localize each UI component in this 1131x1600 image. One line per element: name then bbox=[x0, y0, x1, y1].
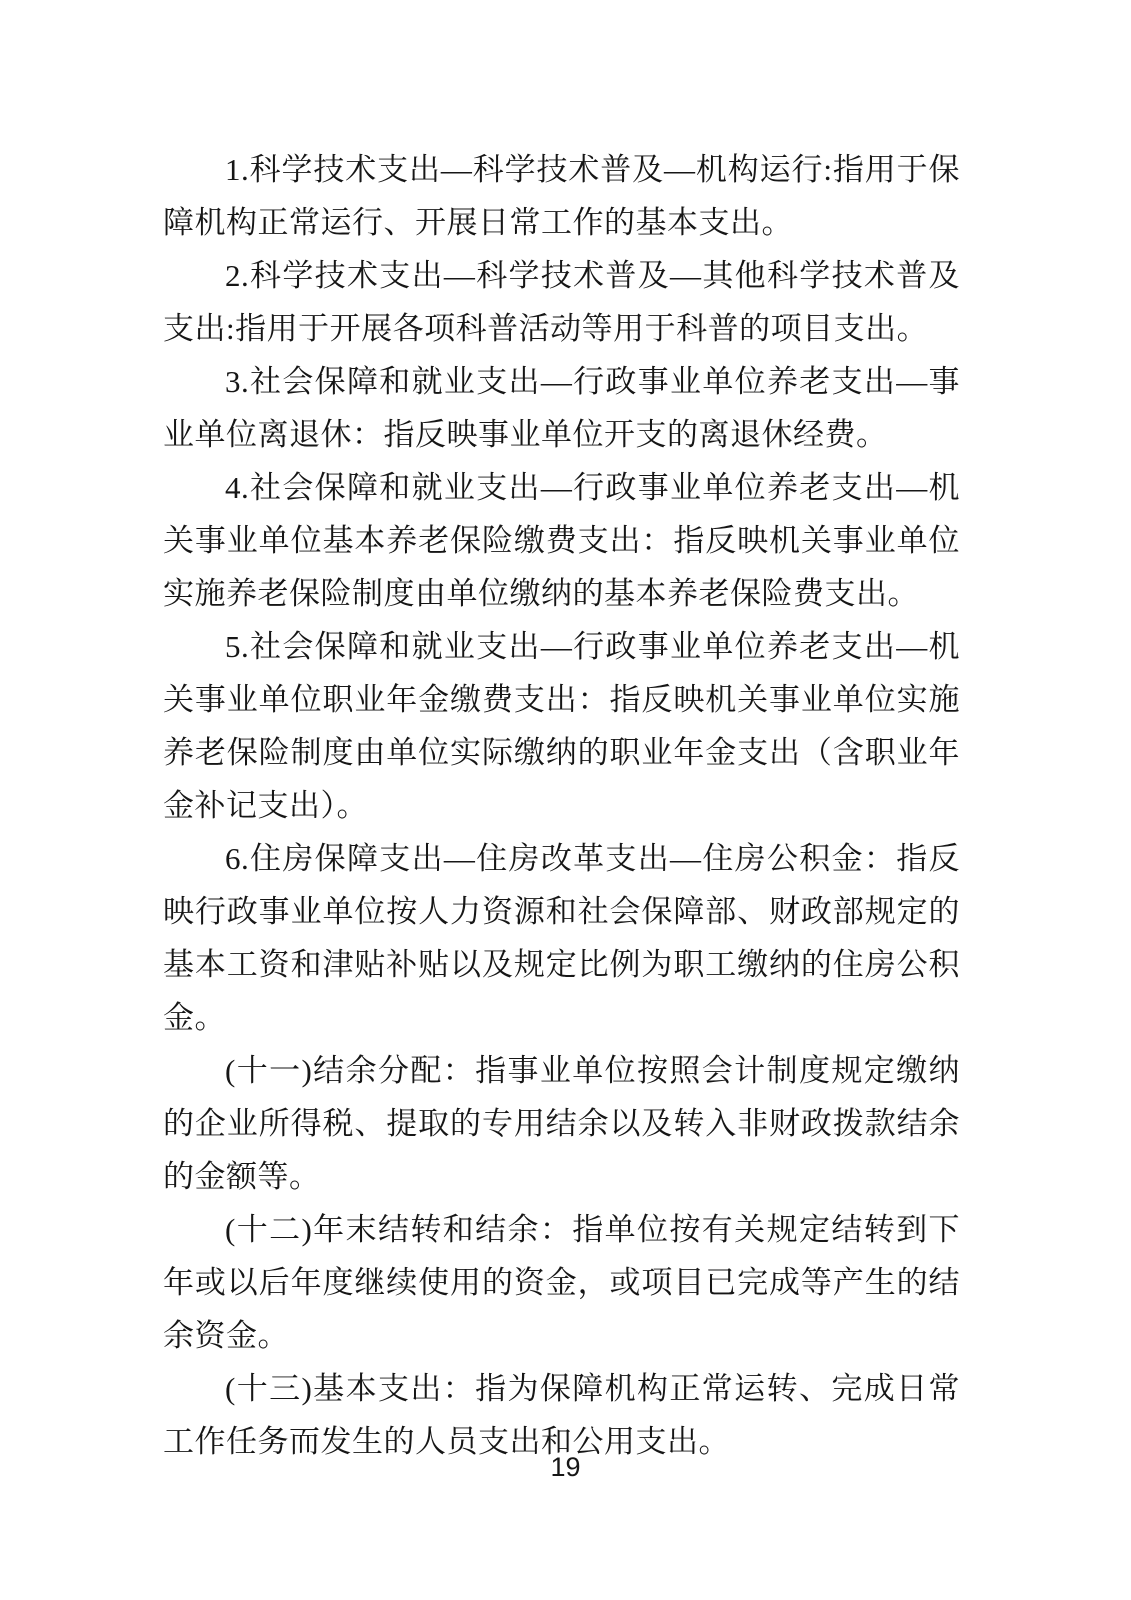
page-number: 19 bbox=[0, 1452, 1131, 1483]
paragraph: 3.社会保障和就业支出—行政事业单位养老支出—事业单位离退休：指反映事业单位开支… bbox=[163, 355, 960, 461]
paragraph: 5.社会保障和就业支出—行政事业单位养老支出—机关事业单位职业年金缴费支出：指反… bbox=[163, 620, 960, 832]
paragraph: 2.科学技术支出—科学技术普及—其他科学技术普及支出:指用于开展各项科普活动等用… bbox=[163, 249, 960, 355]
paragraph: 1.科学技术支出—科学技术普及—机构运行:指用于保障机构正常运行、开展日常工作的… bbox=[163, 143, 960, 249]
document-page: 1.科学技术支出—科学技术普及—机构运行:指用于保障机构正常运行、开展日常工作的… bbox=[0, 0, 1131, 1600]
paragraph: 6.住房保障支出—住房改革支出—住房公积金：指反映行政事业单位按人力资源和社会保… bbox=[163, 832, 960, 1044]
document-body: 1.科学技术支出—科学技术普及—机构运行:指用于保障机构正常运行、开展日常工作的… bbox=[163, 143, 960, 1468]
paragraph: (十二)年末结转和结余：指单位按有关规定结转到下年或以后年度继续使用的资金，或项… bbox=[163, 1203, 960, 1362]
paragraph: (十一)结余分配：指事业单位按照会计制度规定缴纳的企业所得税、提取的专用结余以及… bbox=[163, 1044, 960, 1203]
paragraph: 4.社会保障和就业支出—行政事业单位养老支出—机关事业单位基本养老保险缴费支出：… bbox=[163, 461, 960, 620]
